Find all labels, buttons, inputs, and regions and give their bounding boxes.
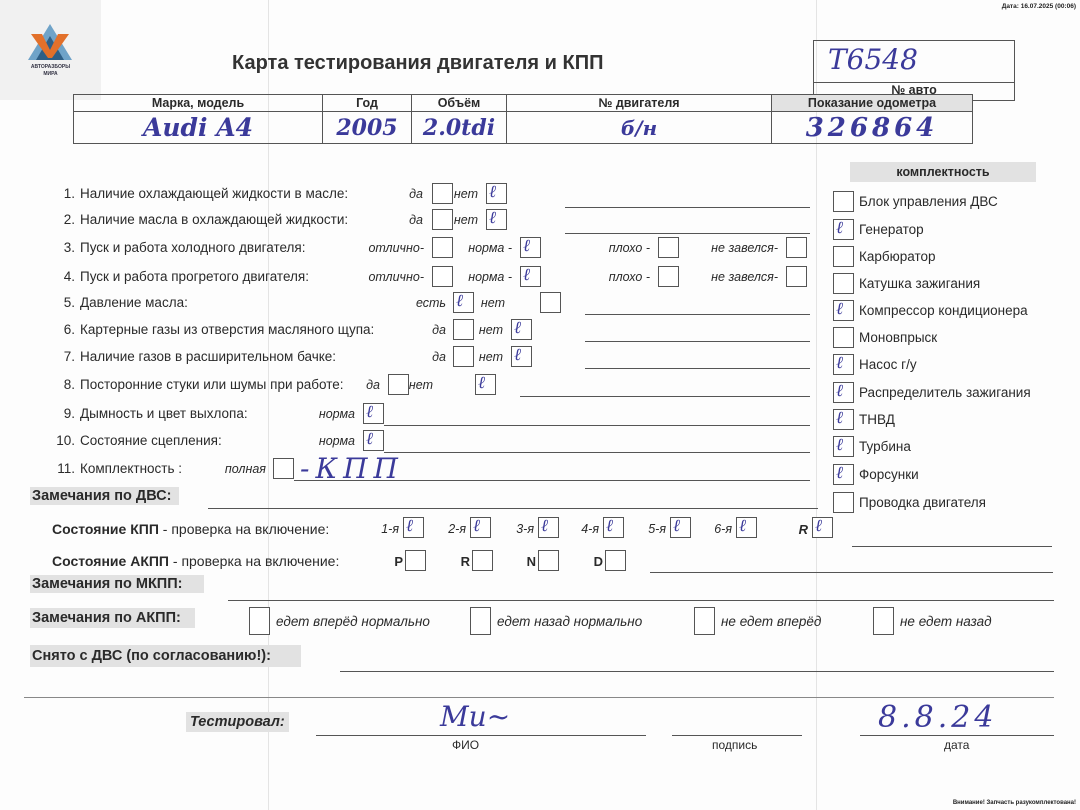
year-header: Год	[323, 95, 412, 112]
kit-item-label: ТНВД	[859, 412, 895, 427]
check-number: 3.	[55, 240, 75, 255]
comment-input[interactable]	[565, 207, 810, 208]
vehicle-header-table: Марка, модель Год Объём № двигателя Пока…	[73, 94, 973, 144]
akpp-remark-label: не едет назад	[900, 614, 992, 629]
check-number: 9.	[55, 406, 75, 421]
option-checkbox[interactable]	[453, 346, 474, 367]
check-mark-icon: ℓ	[541, 516, 548, 536]
auto-number-field[interactable]: Т6548	[813, 40, 1015, 83]
comment-input[interactable]	[585, 314, 810, 315]
option-checkbox[interactable]: ℓ	[486, 183, 507, 204]
kpp-label: Состояние КПП - проверка на включение:	[52, 521, 329, 537]
akpp-remark-label: едет назад нормально	[497, 614, 642, 629]
option-checkbox[interactable]	[658, 237, 679, 258]
option-label: да	[409, 187, 423, 201]
removed-label: Снято с ДВС (по согласованию!):	[30, 645, 301, 667]
option-label: да	[432, 323, 446, 337]
date-stamp: Дата: 16.07.2025 (00:06)	[1002, 3, 1076, 10]
check-number: 6.	[55, 322, 75, 337]
make-model-field[interactable]: Audi A4	[74, 112, 323, 144]
check-label: Пуск и работа холодного двигателя:	[80, 240, 306, 255]
option-checkbox[interactable]: ℓ	[511, 319, 532, 340]
kit-item-label: Блок управления ДВС	[859, 194, 998, 209]
fio-input[interactable]	[316, 735, 646, 736]
gear-checkbox[interactable]: ℓ	[538, 517, 559, 538]
option-checkbox[interactable]	[273, 458, 294, 479]
option-checkbox[interactable]	[658, 266, 679, 287]
option-checkbox[interactable]: ℓ	[520, 266, 541, 287]
check-mark-icon: ℓ	[523, 236, 530, 256]
mode-checkbox[interactable]	[472, 550, 493, 571]
check-mark-icon: ℓ	[836, 381, 843, 401]
remarks-ice-input[interactable]	[208, 508, 818, 509]
kit-checkbox[interactable]	[833, 191, 854, 212]
option-checkbox[interactable]	[432, 183, 453, 204]
check-mark-icon: ℓ	[739, 516, 746, 536]
option-checkbox[interactable]	[388, 374, 409, 395]
kit-item-label: Проводка двигателя	[859, 495, 986, 510]
check-label: Наличие масла в охлаждающей жидкости:	[80, 212, 348, 227]
check-mark-icon: ℓ	[473, 516, 480, 536]
option-checkbox[interactable]: ℓ	[511, 346, 532, 367]
make-model-header: Марка, модель	[74, 95, 323, 112]
remarks-mkpp-label: Замечания по МКПП:	[30, 575, 204, 593]
comment-input[interactable]	[384, 425, 810, 426]
kit-item[interactable]: ℓКомпрессор кондиционера	[833, 300, 1028, 321]
check-label: Комплектность :	[80, 461, 182, 476]
akpp-remark-checkbox[interactable]	[694, 607, 715, 635]
check-mark-icon: ℓ	[456, 291, 463, 311]
option-checkbox[interactable]: ℓ	[475, 374, 496, 395]
check-mark-icon: ℓ	[514, 318, 521, 338]
kit-item[interactable]: ℓТурбина	[833, 436, 911, 457]
volume-field[interactable]: 2.0tdi	[412, 112, 507, 144]
option-label: норма -	[468, 270, 512, 284]
option-label: плохо -	[609, 270, 650, 284]
option-checkbox[interactable]	[432, 209, 453, 230]
gear-checkbox[interactable]: ℓ	[812, 517, 833, 538]
option-label: нет	[481, 296, 505, 310]
kit-checkbox[interactable]: ℓ	[833, 354, 854, 375]
check-label: Состояние сцепления:	[80, 433, 222, 448]
option-label: норма	[319, 407, 355, 421]
odometer-header: Показание одометра	[772, 95, 973, 112]
kit-title: комплектность	[850, 162, 1036, 182]
kit-item-label: Турбина	[859, 439, 911, 454]
kit-item[interactable]: ℓГенератор	[833, 219, 924, 240]
kit-item[interactable]: Катушка зажигания	[833, 273, 980, 294]
kit-item-label: Компрессор кондиционера	[859, 303, 1028, 318]
signature-caption: подпись	[712, 738, 757, 752]
kit-checkbox[interactable]: ℓ	[833, 409, 854, 430]
option-checkbox[interactable]: ℓ	[363, 403, 384, 424]
logo-text-line1: АВТОРАЗБОРЫ	[0, 64, 101, 71]
akpp-remark-checkbox[interactable]	[873, 607, 894, 635]
option-label: нет	[454, 213, 478, 227]
akpp-label: Состояние АКПП - проверка на включение:	[52, 553, 339, 569]
mode-label: N	[527, 554, 536, 569]
option-label: отлично-	[368, 270, 424, 284]
kit-item[interactable]: ℓНасос г/у	[833, 354, 917, 375]
comment-input[interactable]	[520, 396, 810, 397]
kit-item[interactable]: Карбюратор	[833, 246, 936, 267]
kit-checkbox[interactable]	[833, 273, 854, 294]
triangle-v-logo-icon	[28, 22, 73, 62]
option-label: отлично-	[368, 241, 424, 255]
page-title: Карта тестирования двигателя и КПП	[232, 52, 603, 75]
gear-label: R	[799, 522, 808, 537]
tested-label: Тестировал:	[186, 712, 289, 732]
option-label: норма	[319, 434, 355, 448]
kit-item-label: Карбюратор	[859, 249, 936, 264]
gear-checkbox[interactable]: ℓ	[470, 517, 491, 538]
fio-caption: ФИО	[452, 738, 479, 752]
kit-item[interactable]: Блок управления ДВС	[833, 191, 998, 212]
check-mark-icon: ℓ	[836, 435, 843, 455]
check-number: 11.	[55, 461, 75, 476]
check-mark-icon: ℓ	[489, 182, 496, 202]
check-mark-icon: ℓ	[673, 516, 680, 536]
check-label: Пуск и работа прогретого двигателя:	[80, 269, 309, 284]
option-checkbox[interactable]	[540, 292, 561, 313]
akpp-note-input[interactable]	[650, 572, 1053, 573]
kit-checkbox[interactable]: ℓ	[833, 436, 854, 457]
comment-input[interactable]	[384, 452, 810, 453]
kit-item-label: Распределитель зажигания	[859, 385, 1031, 400]
kit-item[interactable]: ℓРаспределитель зажигания	[833, 382, 1031, 403]
remarks-akpp-label: Замечания по АКПП:	[30, 608, 195, 628]
check-label: Наличие охлаждающей жидкости в масле:	[80, 186, 348, 201]
check-label: Картерные газы из отверстия масляного щу…	[80, 322, 374, 337]
kit-checkbox[interactable]: ℓ	[833, 219, 854, 240]
check-mark-icon: ℓ	[836, 408, 843, 428]
kpp-note-input[interactable]	[852, 546, 1052, 547]
gear-checkbox[interactable]: ℓ	[670, 517, 691, 538]
mode-checkbox[interactable]	[605, 550, 626, 571]
mode-checkbox[interactable]	[405, 550, 426, 571]
gear-label: 3-я	[516, 522, 534, 536]
check-mark-icon: ℓ	[478, 373, 485, 393]
year-field[interactable]: 2005	[323, 112, 412, 144]
option-checkbox[interactable]: ℓ	[363, 430, 384, 451]
option-checkbox[interactable]	[786, 266, 807, 287]
warning-text: Внимание! Запчасть разукомплектована!	[953, 800, 1076, 806]
check-number: 8.	[55, 377, 75, 392]
comment-input[interactable]	[585, 341, 810, 342]
mode-label: R	[461, 554, 470, 569]
akpp-remark-checkbox[interactable]	[249, 607, 270, 635]
option-label: да	[409, 213, 423, 227]
divider	[24, 697, 1054, 698]
check-number: 7.	[55, 349, 75, 364]
option-label: нет	[479, 323, 503, 337]
check-number: 2.	[55, 212, 75, 227]
check-mark-icon: ℓ	[489, 208, 496, 228]
check-label: Дымность и цвет выхлопа:	[80, 406, 248, 421]
volume-header: Объём	[412, 95, 507, 112]
gear-label: 6-я	[714, 522, 732, 536]
date-value: 8.8.24	[878, 700, 997, 735]
remarks-mkpp-input[interactable]	[228, 600, 1054, 601]
logo: АВТОРАЗБОРЫ МИРА	[0, 0, 101, 100]
option-checkbox[interactable]	[453, 319, 474, 340]
kit-checkbox[interactable]: ℓ	[833, 464, 854, 485]
check-number: 5.	[55, 295, 75, 310]
akpp-remark-label: не едет вперёд	[721, 614, 821, 629]
check-mark-icon: ℓ	[366, 429, 373, 449]
check-number: 10.	[55, 433, 75, 448]
mode-label: D	[594, 554, 603, 569]
option-checkbox[interactable]: ℓ	[520, 237, 541, 258]
auto-number-value: Т6548	[828, 43, 918, 76]
kit-checkbox[interactable]: ℓ	[833, 300, 854, 321]
check-number: 1.	[55, 186, 75, 201]
completeness-note: -КПП	[300, 452, 404, 485]
kit-item[interactable]: ℓТНВД	[833, 409, 895, 430]
option-checkbox[interactable]: ℓ	[453, 292, 474, 313]
check-label: Давление масла:	[80, 295, 188, 310]
check-mark-icon: ℓ	[406, 516, 413, 536]
kit-item-label: Форсунки	[859, 467, 919, 482]
check-number: 4.	[55, 269, 75, 284]
option-checkbox[interactable]	[786, 237, 807, 258]
check-mark-icon: ℓ	[836, 463, 843, 483]
kit-item-label: Катушка зажигания	[859, 276, 980, 291]
akpp-remark-label: едет вперёд нормально	[276, 614, 430, 629]
check-mark-icon: ℓ	[606, 516, 613, 536]
gear-checkbox[interactable]: ℓ	[603, 517, 624, 538]
kit-item-label: Генератор	[859, 222, 924, 237]
removed-input[interactable]	[340, 671, 1054, 672]
mode-checkbox[interactable]	[538, 550, 559, 571]
remarks-ice-label: Замечания по ДВС:	[30, 487, 179, 505]
engine-no-header: № двигателя	[507, 95, 772, 112]
kit-item[interactable]: Моновпрыск	[833, 327, 937, 348]
option-label: норма -	[468, 241, 512, 255]
option-checkbox[interactable]: ℓ	[486, 209, 507, 230]
check-mark-icon: ℓ	[366, 402, 373, 422]
option-label: есть	[416, 296, 446, 310]
comment-input[interactable]	[565, 233, 810, 234]
gear-checkbox[interactable]: ℓ	[736, 517, 757, 538]
check-mark-icon: ℓ	[514, 345, 521, 365]
check-label: Наличие газов в расширительном бачке:	[80, 349, 336, 364]
engine-no-field[interactable]: б/н	[507, 112, 772, 144]
kit-item[interactable]: ℓФорсунки	[833, 464, 919, 485]
check-mark-icon: ℓ	[815, 516, 822, 536]
gear-label: 1-я	[381, 522, 399, 536]
logo-text-line2: МИРА	[0, 71, 101, 78]
check-mark-icon: ℓ	[836, 299, 843, 319]
option-label: нет	[409, 378, 433, 392]
kit-checkbox[interactable]	[833, 246, 854, 267]
fio-value: Ми~	[440, 700, 510, 733]
kit-item-label: Насос г/у	[859, 357, 917, 372]
option-checkbox[interactable]	[432, 237, 453, 258]
kit-item-label: Моновпрыск	[859, 330, 937, 345]
date-input[interactable]	[860, 735, 1054, 736]
option-label: нет	[479, 350, 503, 364]
kit-item[interactable]: Проводка двигателя	[833, 492, 986, 513]
option-label: плохо -	[609, 241, 650, 255]
check-mark-icon: ℓ	[523, 265, 530, 285]
option-label: да	[432, 350, 446, 364]
kit-checkbox[interactable]: ℓ	[833, 382, 854, 403]
option-label: нет	[454, 187, 478, 201]
date-caption: дата	[944, 738, 969, 752]
comment-input[interactable]	[585, 368, 810, 369]
check-mark-icon: ℓ	[836, 353, 843, 373]
kit-checkbox[interactable]	[833, 492, 854, 513]
signature-input[interactable]	[672, 735, 802, 736]
gear-checkbox[interactable]: ℓ	[403, 517, 424, 538]
option-checkbox[interactable]	[432, 266, 453, 287]
gear-label: 2-я	[448, 522, 466, 536]
option-label: не завелся-	[711, 270, 778, 284]
check-mark-icon: ℓ	[836, 218, 843, 238]
option-label: полная	[225, 462, 266, 476]
mode-label: P	[394, 554, 403, 569]
kit-checkbox[interactable]	[833, 327, 854, 348]
gear-label: 5-я	[648, 522, 666, 536]
option-label: не завелся-	[711, 241, 778, 255]
odometer-field[interactable]: 326864	[772, 112, 973, 144]
option-label: да	[366, 378, 380, 392]
gear-label: 4-я	[581, 522, 599, 536]
check-label: Посторонние стуки или шумы при работе:	[80, 377, 344, 392]
akpp-remark-checkbox[interactable]	[470, 607, 491, 635]
